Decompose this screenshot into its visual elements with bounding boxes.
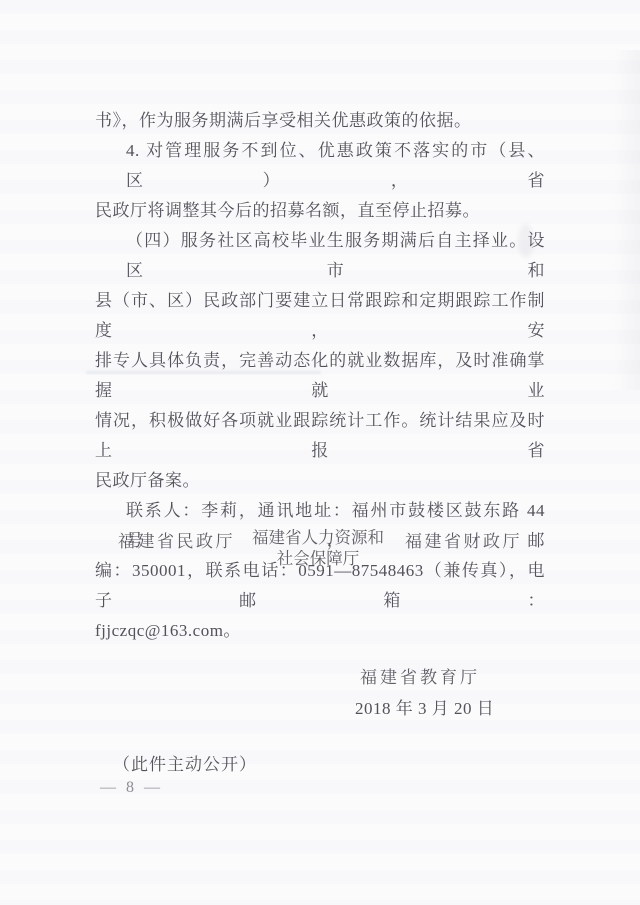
document-text-line: 排专人具体负责，完善动态化的就业数据库，及时准确掌握就业 [95,346,545,406]
disclosure-note: （此件主动公开） [113,750,257,775]
document-text-line: 书》，作为服务期满后享受相关优惠政策的依据。 [95,106,545,136]
page-number: — 8 — [100,779,163,797]
document-text-line: 县（市、区）民政部门要建立日常跟踪和定期跟踪工作制度，安 [95,286,545,346]
signature-hr-social-security-department: 福建省人力资源和 社会保障厅 [248,527,388,569]
document-text-line: 4. 对管理服务不到位、优惠政策不落实的市（县、区），省 [95,136,545,196]
document-text-line: 民政厅将调整其今后的招募名额，直至停止招募。 [95,196,545,226]
document-text-line: 民政厅备案。 [95,466,545,496]
scanned-document-page: 书》，作为服务期满后享受相关优惠政策的依据。4. 对管理服务不到位、优惠政策不落… [0,0,640,905]
document-text-line: （四）服务社区高校毕业生服务期满后自主择业。设区市和 [95,226,545,286]
document-text-line: fjjczqc@163.com。 [95,616,545,646]
document-text-line: 情况，积极做好各项就业跟踪统计工作。统计结果应及时上报省 [95,406,545,466]
signature-finance-department: 福建省财政厅 [405,527,522,552]
signature-education-department: 福建省教育厅 [360,663,480,688]
signature-hr-line2: 社会保障厅 [248,548,388,569]
scan-artifact-edge-shade [614,50,640,390]
document-date: 2018 年 3 月 20 日 [355,694,494,719]
signature-hr-line1: 福建省人力资源和 [248,527,388,548]
signature-civil-affairs-department: 福建省民政厅 [118,527,235,552]
